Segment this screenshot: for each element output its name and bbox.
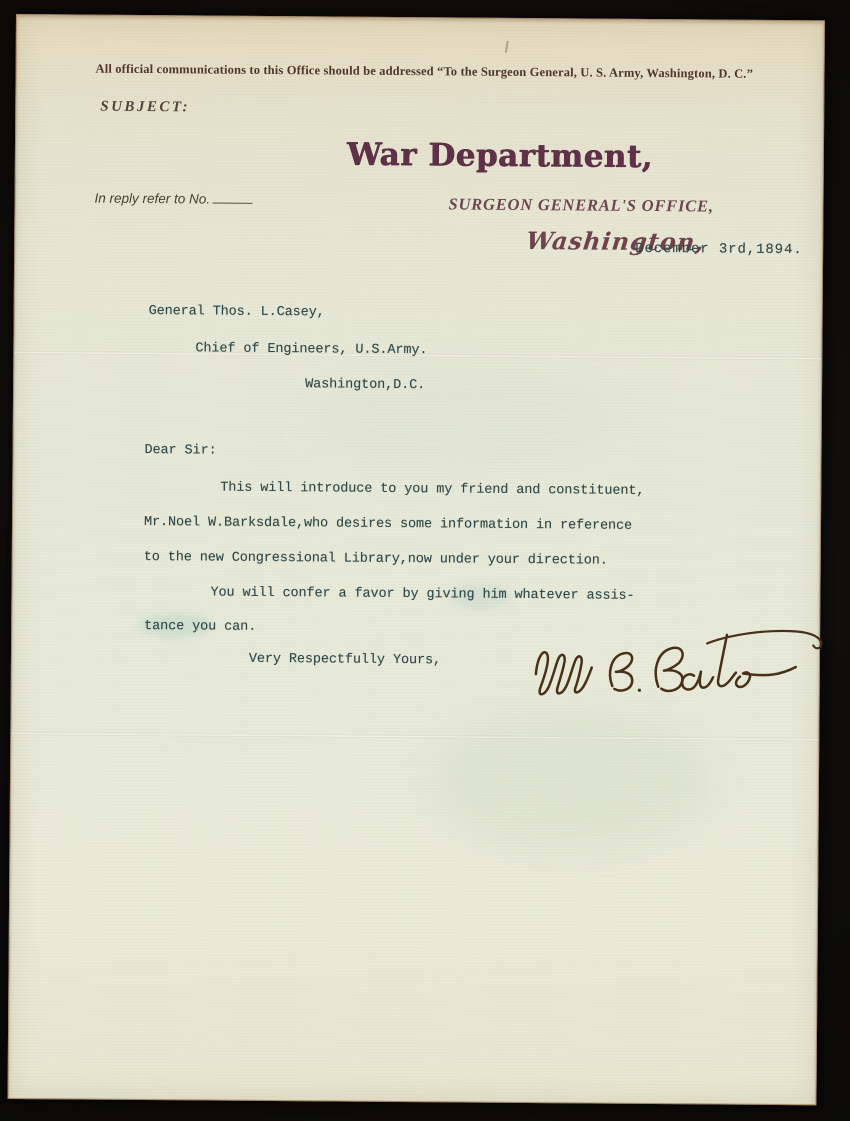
recipient-title: Chief of Engineers, U.S.Army. (195, 342, 427, 357)
closing-line: Very Respectfully Yours, (249, 653, 441, 668)
body-line: Mr.Noel W.Barksdale,who desires some inf… (144, 516, 632, 533)
signature-stroke-bate-t (717, 635, 737, 687)
signature-stroke-bate-b (655, 648, 684, 692)
reply-refer-line: In reply refer to No. (95, 192, 253, 207)
reply-refer-label: In reply refer to No. (94, 191, 210, 207)
body-line: This will introduce to you my friend and… (220, 482, 644, 499)
body-line: You will confer a favor by giving him wh… (210, 587, 634, 604)
typed-date: December 3rd,1894. (635, 242, 803, 257)
signature-dot (638, 689, 641, 692)
stray-pen-mark (505, 41, 509, 53)
recipient-name: General Thos. L.Casey, (149, 305, 325, 320)
letter-paper: All official communications to this Offi… (7, 14, 824, 1105)
body-line: tance you can. (144, 620, 256, 634)
recipient-city: Washington,D.C. (305, 378, 425, 392)
signature-stroke-bate-a (682, 671, 713, 689)
body-line: to the new Congressional Library,now und… (144, 551, 608, 568)
salutation: Dear Sir: (145, 444, 217, 458)
signature-stroke-b-initial (609, 653, 633, 691)
letterhead-notice: All official communications to this Offi… (96, 63, 754, 82)
signature-stroke-wm (535, 651, 592, 694)
office-title: SURGEON GENERAL'S OFFICE, (448, 196, 713, 215)
scan-background: All official communications to this Offi… (0, 0, 850, 1121)
ink-bleed-through (430, 708, 711, 850)
signature-handwriting (527, 618, 829, 722)
department-title: War Department, (340, 138, 660, 175)
signature-stroke-bate-e (736, 667, 797, 687)
subject-label: SUBJECT: (100, 100, 190, 116)
fold-crease-lower (11, 732, 818, 741)
reply-number-blank (212, 194, 252, 204)
